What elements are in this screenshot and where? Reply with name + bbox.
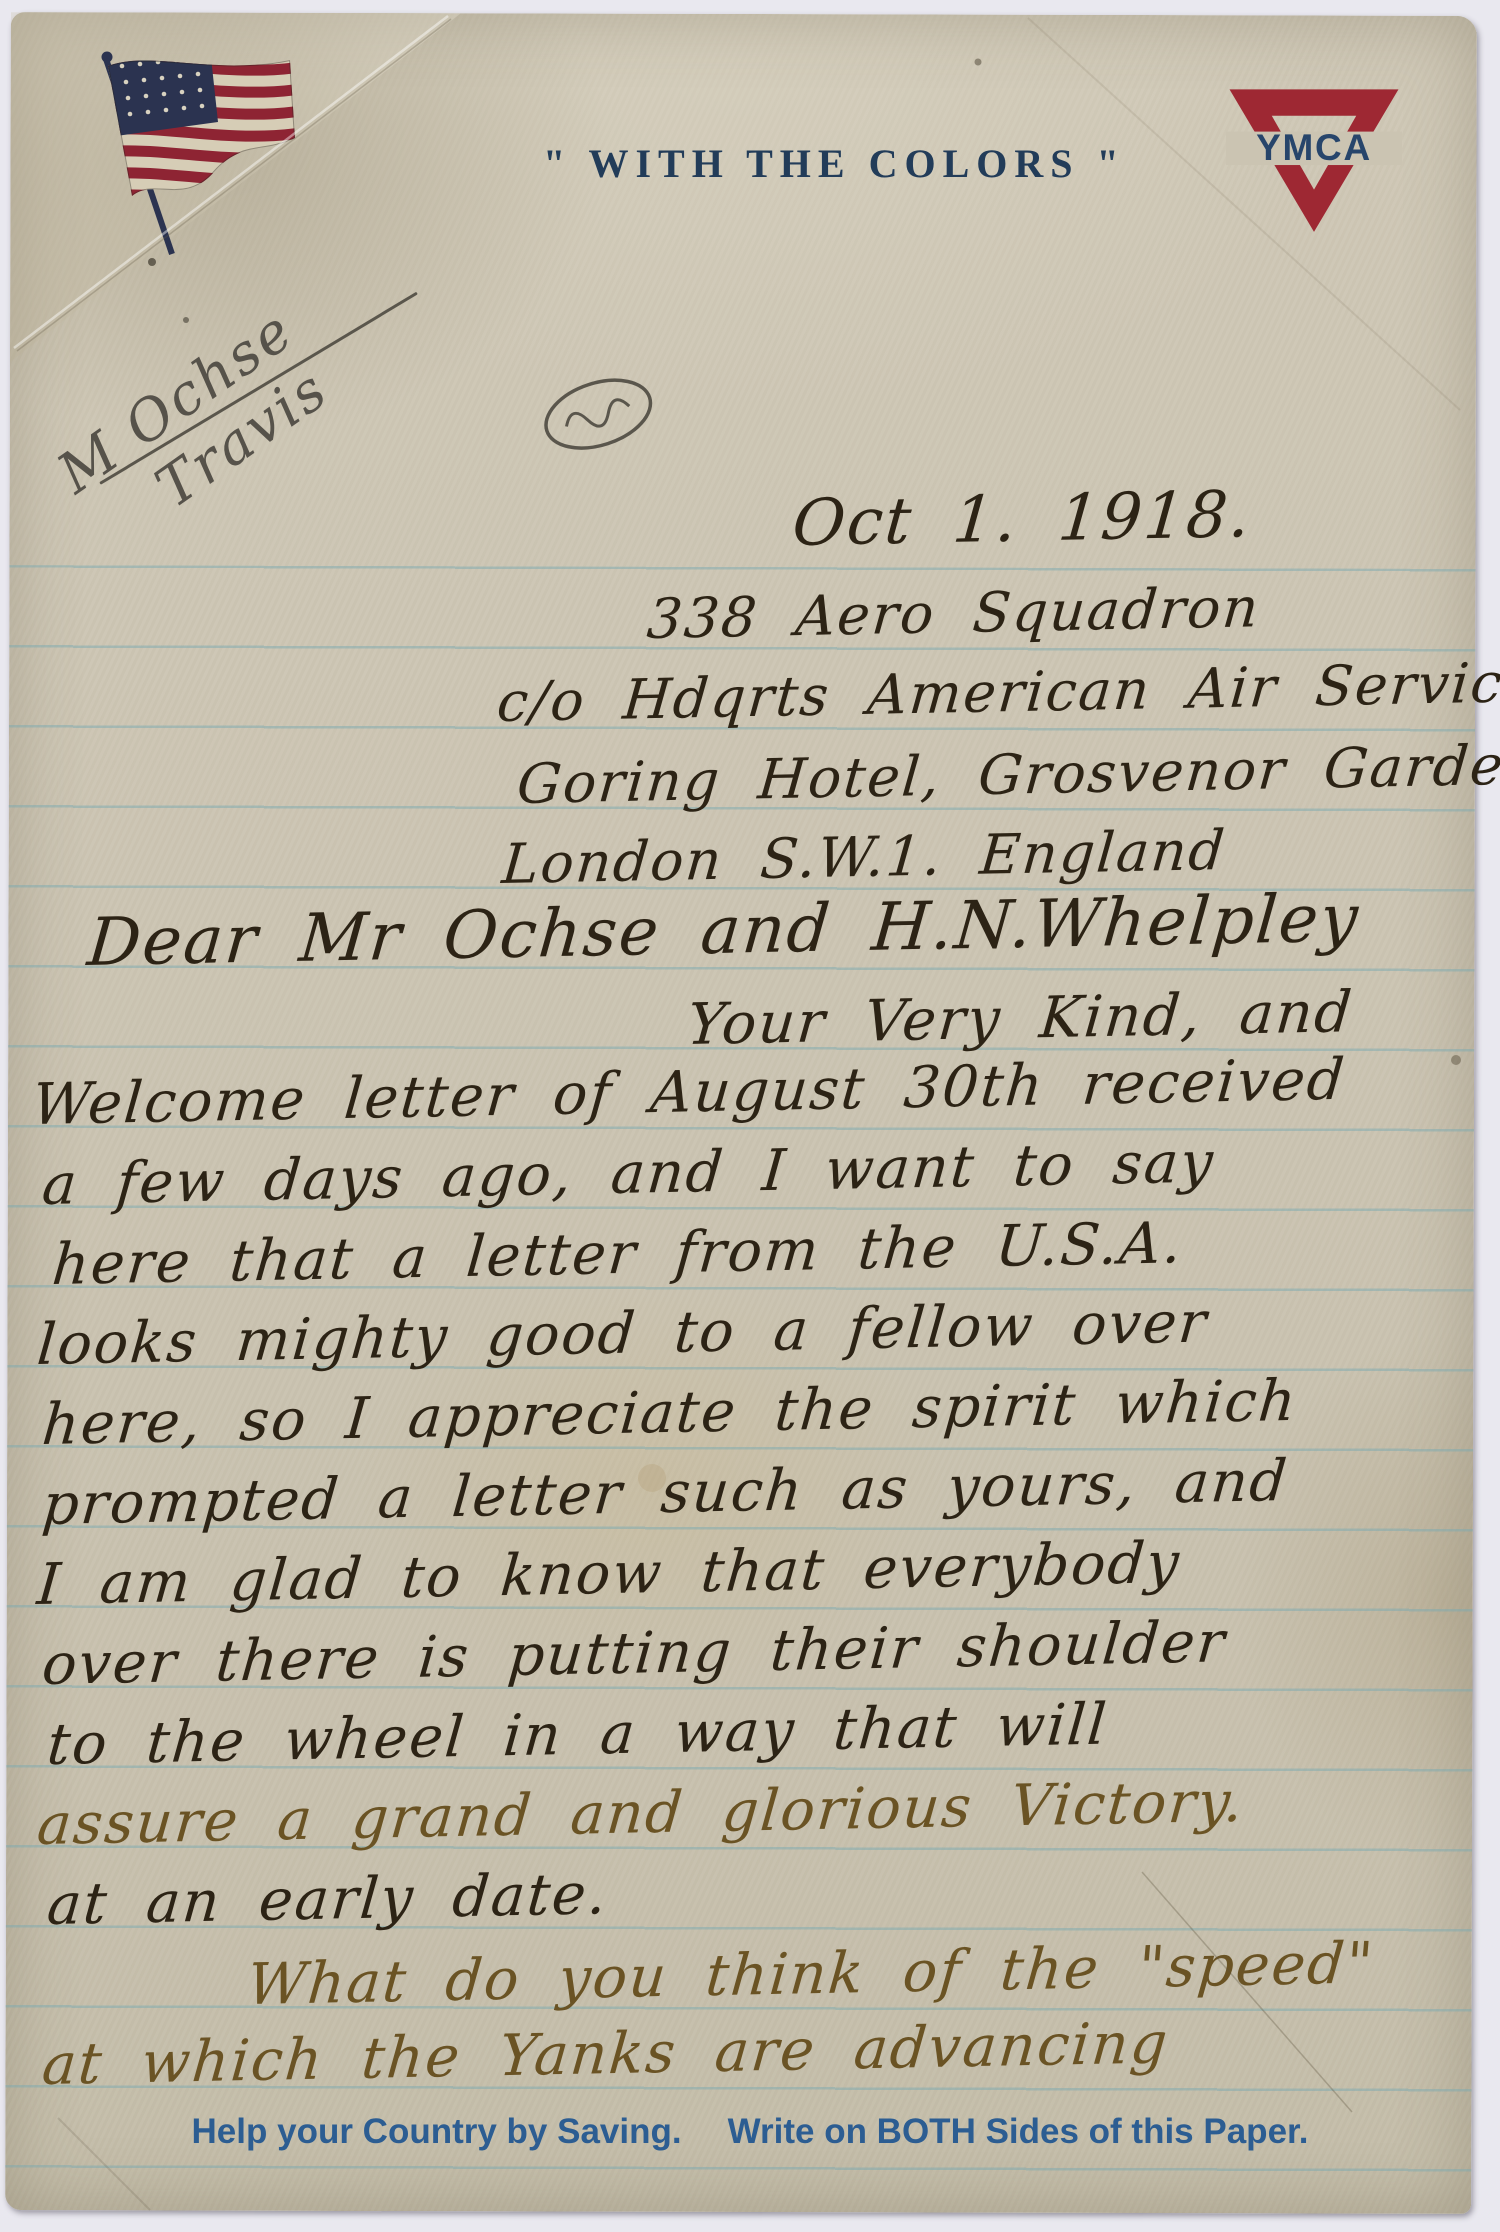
letter-date: Oct 1. 1918.: [790, 483, 1254, 556]
body-line: Your Very Kind, and: [685, 984, 1356, 1054]
address-line: 338 Aero Squadron: [645, 580, 1262, 647]
us-flag-icon: [92, 46, 297, 261]
letterhead-footer: Help your Country by Saving. Write on BO…: [0, 2112, 1500, 2152]
address-line: London S.W.1. England: [500, 823, 1228, 892]
scanned-letter-page: { "letterhead": { "motto": "\" WITH THE …: [0, 0, 1500, 2232]
letterhead-motto: " WITH THE COLORS ": [543, 140, 1126, 187]
footer-saving-text: Help your Country by Saving.: [192, 2112, 682, 2152]
footer-both-sides-text: Write on BOTH Sides of this Paper.: [728, 2112, 1309, 2152]
ymca-logo-text: YMCA: [1256, 127, 1372, 168]
body-line: at an early date.: [45, 1866, 610, 1934]
ymca-logo: YMCA: [1226, 74, 1402, 242]
